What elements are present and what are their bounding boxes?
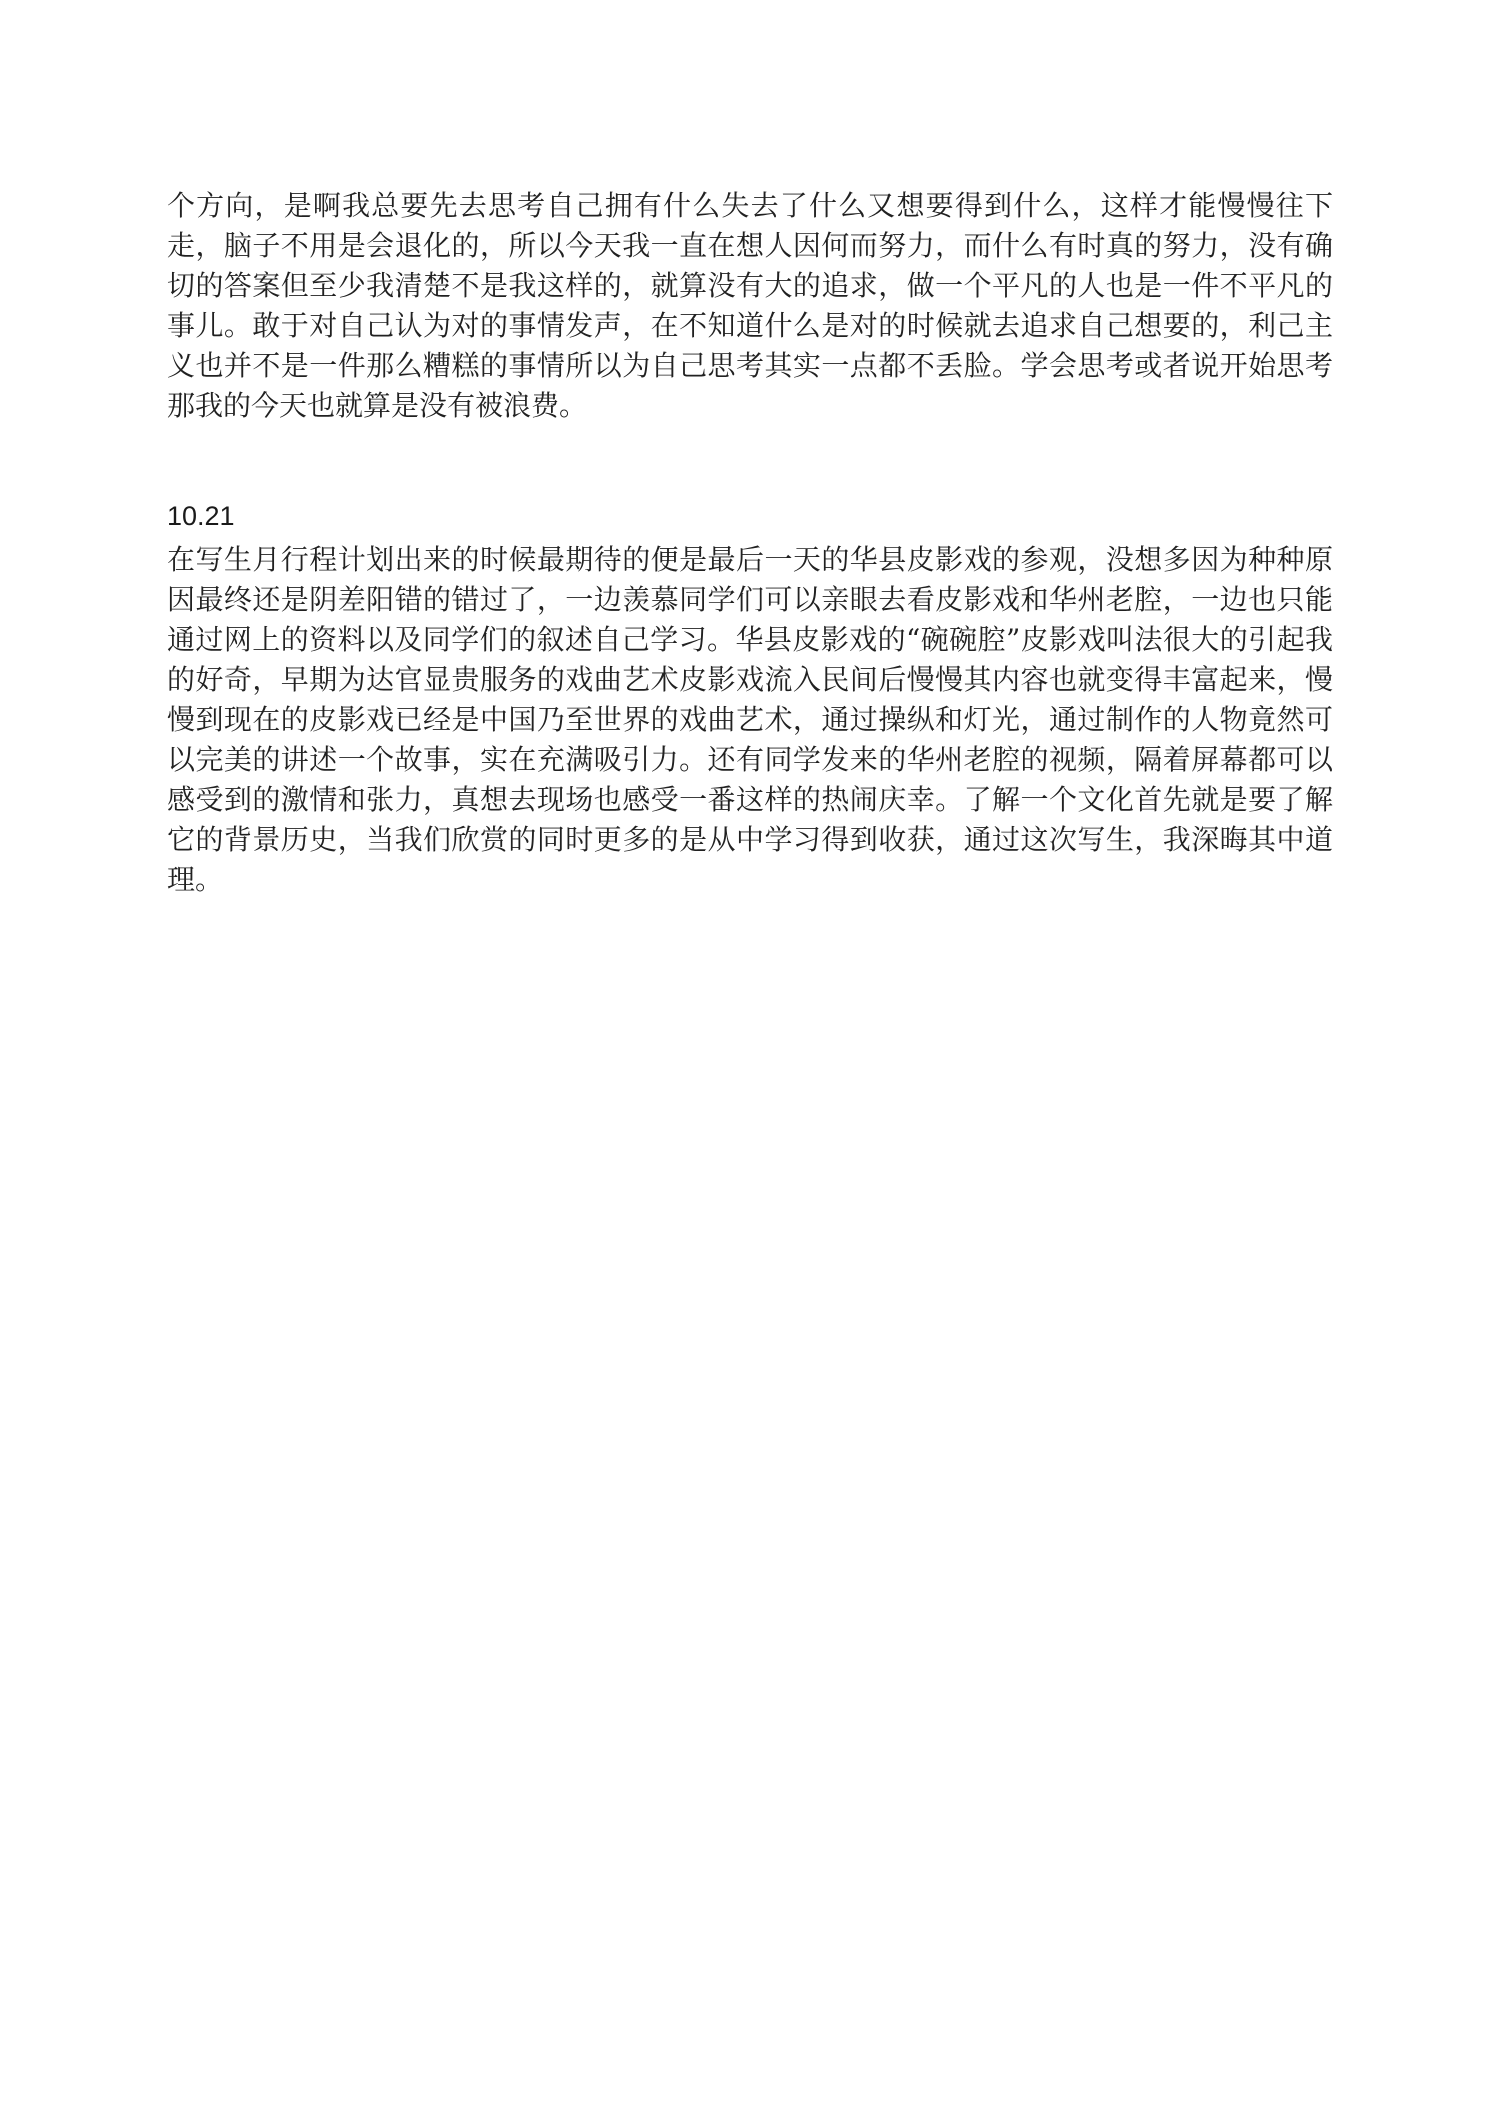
paragraph-reflection: 个方向，是啊我总要先去思考自己拥有什么失去了什么又想要得到什么，这样才能慢慢往下… [167,186,1333,426]
date-heading: 10.21 [167,500,1333,533]
paragraph-diary-10-21: 在写生月行程计划出来的时候最期待的便是最后一天的华县皮影戏的参观，没想多因为种种… [167,540,1333,900]
document-content: 个方向，是啊我总要先去思考自己拥有什么失去了什么又想要得到什么，这样才能慢慢往下… [167,186,1333,900]
document-page: 个方向，是啊我总要先去思考自己拥有什么失去了什么又想要得到什么，这样才能慢慢往下… [0,0,1500,2123]
